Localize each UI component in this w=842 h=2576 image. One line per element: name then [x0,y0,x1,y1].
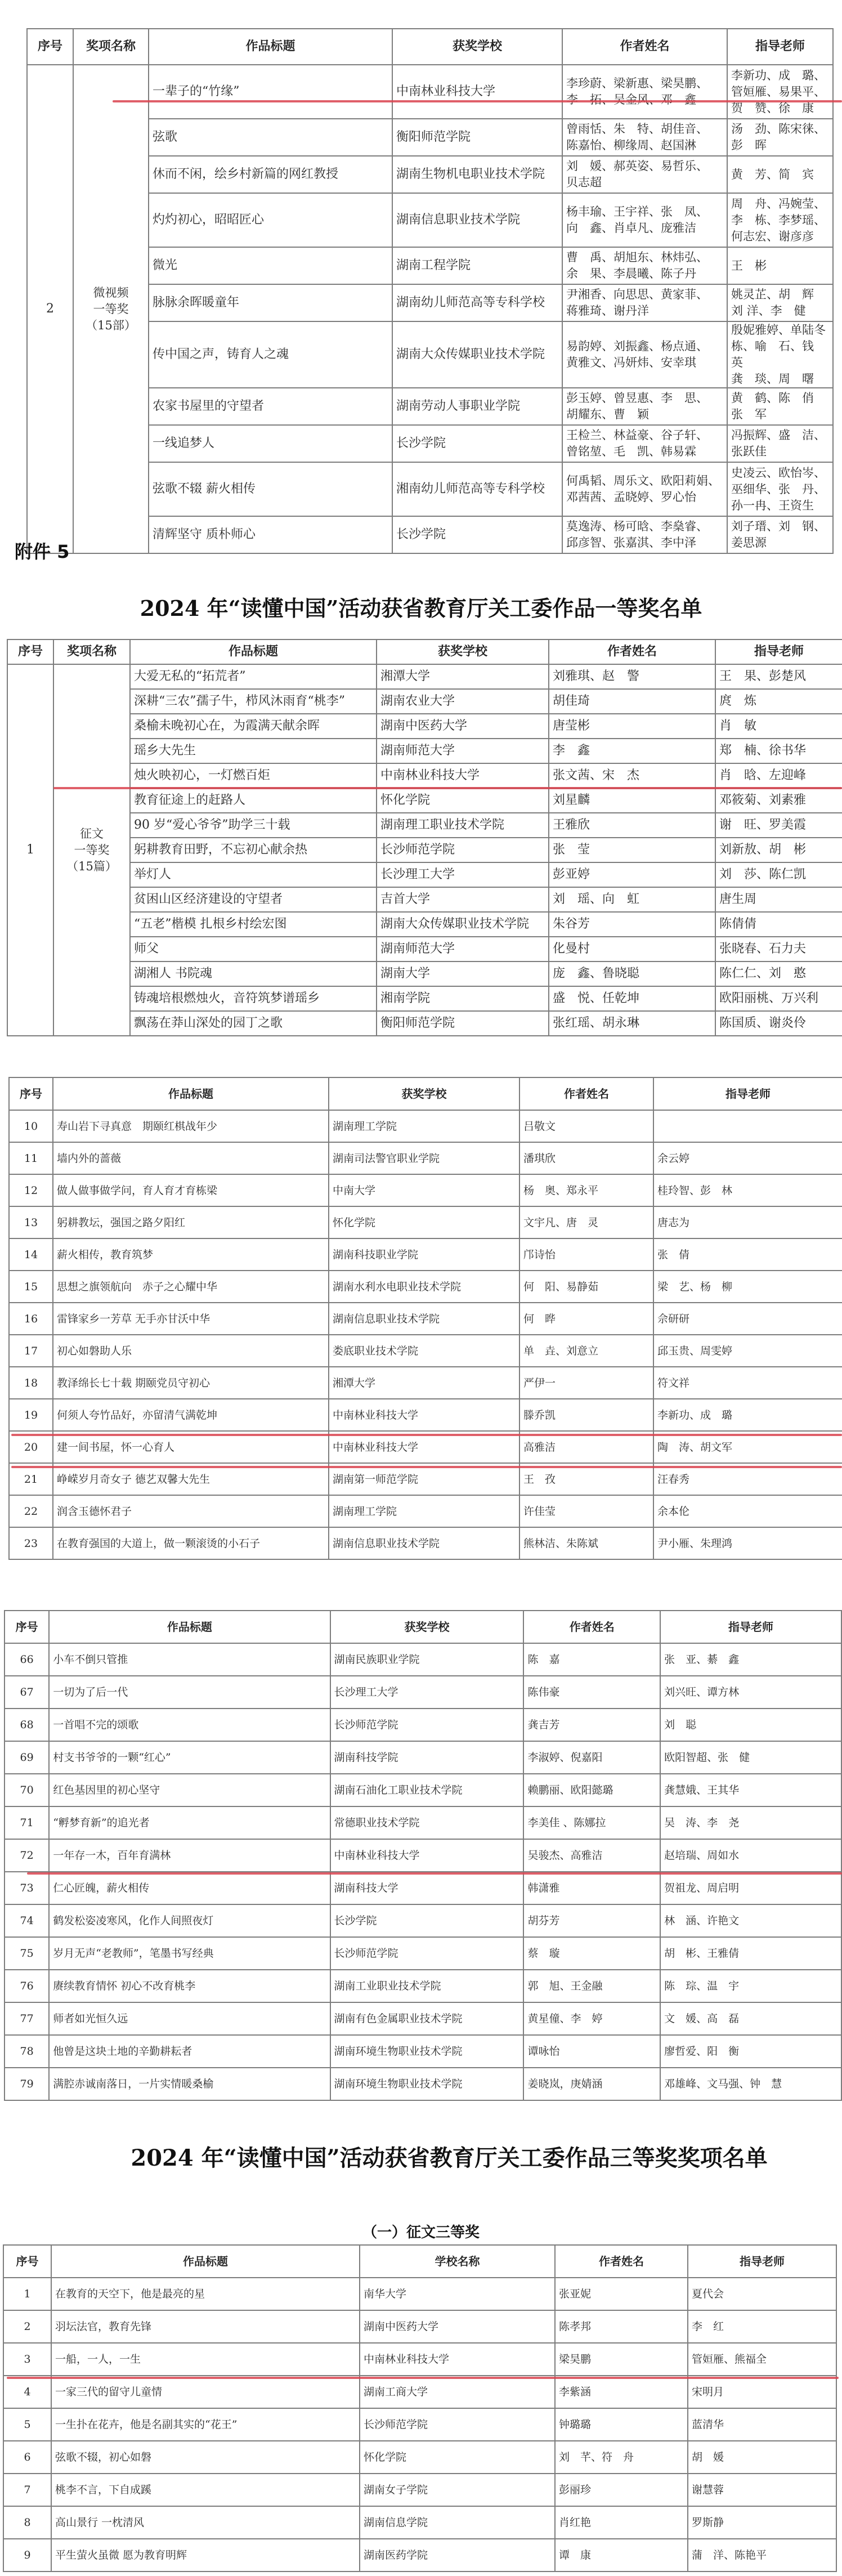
school-cell: 湖南工业职业技术学院 [330,1970,524,2002]
title-cell: 灼灼初心，昭昭匠心 [149,193,392,247]
video-award-table-section: 序号 奖项名称 作品标题 获奖学校 作者姓名 指导老师 2微视频 一等奖 （15… [26,28,832,554]
title-cell: 思想之旗领航向 赤子之心耀中华 [53,1271,329,1303]
award-name-cell: 征文 一等奖 （15篇） [53,664,130,1036]
highlight-underline [7,2377,839,2379]
school-cell: 中南林业科技大学 [329,1399,519,1431]
school-cell: 湖南理工学院 [329,1495,519,1527]
school-cell: 中南林业科技大学 [377,763,549,788]
advisors-cell: 肖 敏 [715,714,842,739]
authors-cell: 唐莹彬 [549,714,715,739]
table-row: 1征文 一等奖 （15篇）大爱无私的“拓荒者”湘潭大学刘雅琪、赵 警王 果、彭楚… [7,664,842,689]
header-title: 作品标题 [53,1077,329,1110]
table-row: 1在教育的天空下，他是最亮的星南华大学张亚妮夏代会 [3,2278,836,2310]
seq-cell: 19 [9,1399,53,1431]
title-cell: 休而不闲，绘乡村新篇的网红教授 [149,156,392,193]
advisors-cell: 宋明月 [688,2376,836,2408]
school-cell: 中南大学 [329,1174,519,1206]
title-cell: 举灯人 [130,862,377,887]
title-cell: 清辉坚守 质朴师心 [149,516,392,553]
authors-cell: 吴骏杰、高雅洁 [523,1839,660,1872]
seq-cell: 22 [9,1495,53,1527]
table-row: 12做人做事做学问，育人育才育栋梁中南大学杨 奥、郑永平桂玲智、彭 林 [9,1174,842,1206]
title-cell: 躬耕教育田野，不忘初心献余热 [130,838,377,862]
advisors-cell: 黄 鹤、陈 俏 张 军 [727,388,833,425]
authors-cell: 张 莹 [549,838,715,862]
school-cell: 湖南医药学院 [360,2539,555,2571]
school-cell: 湖南环境生物职业技术学院 [330,2035,524,2068]
advisors-cell: 黄 芳、简 宾 [727,156,833,193]
school-cell: 湖南石油化工职业技术学院 [330,1774,524,1806]
authors-cell: 杨 奥、郑永平 [519,1174,653,1206]
advisors-cell: 文 媛、高 磊 [660,2002,841,2035]
header-title: 作品标题 [130,639,377,664]
advisors-cell: 贺祖龙、周启明 [660,1872,841,1904]
advisors-cell: 邓雄峰、文马强、钟 慧 [660,2068,841,2100]
highlight-underline [53,787,842,789]
school-cell: 长沙师范学院 [377,838,549,862]
authors-cell: 胡芬芳 [523,1904,660,1937]
school-cell: 湖南劳动人事职业学院 [392,388,562,425]
advisors-cell: 郑 楠、徐书华 [715,739,842,763]
school-cell: 湖南工商大学 [360,2376,555,2408]
table-row: 7桃李不言，下自成蹊湖南女子学院彭丽珍谢慧蓉 [3,2474,836,2506]
continued-table-66-79: 序号 作品标题 获奖学校 作者姓名 指导老师 66小车不倒只管推湖南民族职业学院… [4,1610,842,2101]
title-cell: 师者如光恒久远 [49,2002,330,2035]
seq-cell: 76 [5,1970,49,2002]
third-prize-table: 序号 作品标题 学校名称 作者姓名 指导老师 1在教育的天空下，他是最亮的星南华… [3,2244,837,2572]
school-cell: 长沙理工大学 [377,862,549,887]
seq-cell: 6 [3,2441,51,2474]
title-cell: 做人做事做学问，育人育才育栋梁 [53,1174,329,1206]
authors-cell: 朱谷芳 [549,912,715,937]
seq-cell: 1 [7,664,53,1036]
authors-cell: 莫逸涛、杨可晗、李燊睿、 邱彦智、张嘉淇、李中泽 [562,516,727,553]
header-seq: 序号 [9,1077,53,1110]
table-row: 69村支书爷爷的一颗“红心”湖南科技学院李淑婷、倪嘉阳欧阳智超、张 健 [5,1741,841,1774]
continued-table: 序号 作品标题 获奖学校 作者姓名 指导老师 10寿山岩下寻真意 期颐红棋战年少… [8,1077,842,1560]
header-seq: 序号 [3,2245,51,2278]
advisors-cell: 赵培瑞、周如水 [660,1839,841,1872]
advisors-cell: 蒲 洋、陈艳平 [688,2539,836,2571]
seq-cell: 66 [5,1643,49,1676]
school-cell: 湖南大学 [377,961,549,986]
authors-cell: 陈孝邦 [555,2310,688,2343]
advisors-cell: 佘研研 [653,1303,842,1335]
school-cell: 中南林业科技大学 [392,65,562,119]
table-row: 13躬耕教坛，强国之路夕阳红怀化学院文宇凡、唐 灵唐志为 [9,1206,842,1238]
table-row: 67一切为了后一代长沙理工大学陈伟豪刘兴旺、谭方林 [5,1676,841,1709]
authors-cell: 刘星麟 [549,788,715,813]
title-cell: 润含玉德怀君子 [53,1495,329,1527]
authors-cell: 陈伟豪 [523,1676,660,1709]
advisors-cell: 汤 劲、陈宋徕、 彭 晖 [727,119,833,156]
seq-cell: 12 [9,1174,53,1206]
authors-cell: 许佳莹 [519,1495,653,1527]
school-cell: 湖南民族职业学院 [330,1643,524,1676]
advisors-cell: 余本伦 [653,1495,842,1527]
authors-cell: 单 垚、刘意立 [519,1335,653,1367]
continued-table-10-23: 序号 作品标题 获奖学校 作者姓名 指导老师 10寿山岩下寻真意 期颐红棋战年少… [8,1077,842,1560]
title-cell: 墙内外的蔷薇 [53,1142,329,1174]
table-row: 9平生萤火虽微 愿为教育明辉湖南医药学院谭 康蒲 洋、陈艳平 [3,2539,836,2571]
advisors-cell: 胡 媛 [688,2441,836,2474]
school-cell: 湖南农业大学 [377,689,549,714]
authors-cell: 杨丰瑜、王宇祥、张 凤、 向 鑫、肖卓凡、庞雅洁 [562,193,727,247]
seq-cell: 17 [9,1335,53,1367]
title-cell: 飘荡在莽山深处的园丁之歌 [130,1011,377,1036]
title-cell: 一生扑在花卉，他是名副其实的“花王” [51,2408,360,2441]
table-row: 17初心如磐助人乐娄底职业技术学院单 垚、刘意立邱玉贵、周雯婷 [9,1335,842,1367]
seq-cell: 74 [5,1904,49,1937]
title-cell: 农家书屋里的守望者 [149,388,392,425]
table-row: 75岁月无声“老教师”，笔墨书写经典长沙师范学院蔡 璇胡 彬、王雅倩 [5,1937,841,1970]
title-cell: 一线追梦人 [149,425,392,462]
seq-cell: 7 [3,2474,51,2506]
authors-cell: 钟璐璐 [555,2408,688,2441]
school-cell: 长沙师范学院 [330,1937,524,1970]
seq-cell: 79 [5,2068,49,2100]
title-cell: 羽坛法官，教育先锋 [51,2310,360,2343]
title-cell: 仁心匠魄，薪火相传 [49,1872,330,1904]
header-school: 获奖学校 [392,29,562,65]
advisors-cell: 刘兴旺、谭方林 [660,1676,841,1709]
advisors-cell: 姚灵芷、胡 辉 刘 洋、李 健 [727,284,833,321]
table-row: 79满腔赤诚南落日，一片实情暖桑榆湖南环境生物职业技术学院姜晓岚，庚婧涵邓雄峰、… [5,2068,841,2100]
seq-cell: 23 [9,1527,53,1559]
advisors-cell: 庹 炼 [715,689,842,714]
seq-cell: 15 [9,1271,53,1303]
title-cell: 铸魂培根燃烛火，音符筑梦谱瑶乡 [130,986,377,1011]
seq-cell: 14 [9,1238,53,1271]
first-prize-table-section: 序号 奖项名称 作品标题 获奖学校 作者姓名 指导老师 1征文 一等奖 （15篇… [7,639,842,1036]
table-header-row: 序号 奖项名称 作品标题 获奖学校 作者姓名 指导老师 [7,639,842,664]
seq-cell: 75 [5,1937,49,1970]
school-cell: 湖南生物机电职业技术学院 [392,156,562,193]
advisors-cell: 史凌云、欧怡岑、 巫细华、张 丹、 孙一冉、王资生 [727,462,833,516]
school-cell: 湖南有色金属职业技术学院 [330,2002,524,2035]
title-cell: 90 岁“爱心爷爷”助学三十载 [130,813,377,838]
school-cell: 湖南科技大学 [330,1872,524,1904]
title-cell: 躬耕教坛，强国之路夕阳红 [53,1206,329,1238]
table-row: 躬耕教育田野，不忘初心献余热长沙师范学院张 莹刘新敖、胡 彬 [7,838,842,862]
advisors-cell: 李 红 [688,2310,836,2343]
authors-cell: 滕乔凯 [519,1399,653,1431]
table-row: 3一船，一人，一生中南林业科技大学梁昊鹏管姮雁、熊福全 [3,2343,836,2376]
authors-cell: 蔡 璇 [523,1937,660,1970]
title-cell: 高山景行 一枕清风 [51,2506,360,2539]
table-row: 贫困山区经济建设的守望者吉首大学刘 瑶、向 虹唐生周 [7,887,842,912]
authors-cell: 刘 芊、符 舟 [555,2441,688,2474]
advisors-cell: 罗斯静 [688,2506,836,2539]
authors-cell: 郭 旭、王金融 [523,1970,660,2002]
title-cell: 微光 [149,247,392,284]
seq-cell: 3 [3,2343,51,2376]
advisors-cell: 欧阳丽桃、万兴利 [715,986,842,1011]
header-award: 奖项名称 [53,639,130,664]
title-cell: 大爱无私的“拓荒者” [130,664,377,689]
title-cell: 村支书爷爷的一颗“红心” [49,1741,330,1774]
header-school: 获奖学校 [330,1611,524,1643]
seq-cell: 2 [27,65,73,553]
title-cell: 一首唱不完的颂歌 [49,1709,330,1741]
advisors-cell: 张 亚、綦 鑫 [660,1643,841,1676]
authors-cell: 张文茜、宋 杰 [549,763,715,788]
advisors-cell: 王 果、彭楚风 [715,664,842,689]
table-row: 教育征途上的赶路人怀化学院刘星麟邓筱菊、刘素雅 [7,788,842,813]
header-advisors: 指导老师 [660,1611,841,1643]
advisors-cell: 胡 彬、王雅倩 [660,1937,841,1970]
school-cell: 湘南幼儿师范高等专科学校 [392,462,562,516]
school-cell: 湖南中医药大学 [360,2310,555,2343]
seq-cell: 13 [9,1206,53,1238]
authors-cell: 韩潇雅 [523,1872,660,1904]
header-advisors: 指导老师 [688,2245,836,2278]
advisors-cell: 殷妮雅婷、单陆冬 栋、喻 石、钱 英 龚 琰、周 曙 [727,321,833,388]
title-cell: 寿山岩下寻真意 期颐红棋战年少 [53,1110,329,1142]
authors-cell: 庞 鑫、鲁晓聪 [549,961,715,986]
video-award-table: 序号 奖项名称 作品标题 获奖学校 作者姓名 指导老师 2微视频 一等奖 （15… [26,28,834,554]
table-row: 8高山景行 一枕清风湖南信息学院肖红艳罗斯静 [3,2506,836,2539]
seq-cell: 8 [3,2506,51,2539]
school-cell: 湖南理工学院 [329,1110,519,1142]
header-title: 作品标题 [149,29,392,65]
authors-cell: 曾雨恬、朱 特、胡佳音、 陈嘉怡、柳缘周、赵国淋 [562,119,727,156]
authors-cell: 严伊一 [519,1367,653,1399]
advisors-cell: 陈 琮、温 宇 [660,1970,841,2002]
table-row: 深耕“三农”孺子牛，栉风沐雨育“桃李”湖南农业大学胡佳琦庹 炼 [7,689,842,714]
seq-cell: 9 [3,2539,51,2571]
table-row: 烛火映初心，一灯燃百炬中南林业科技大学张文茜、宋 杰肖 晗、左迎峰 [7,763,842,788]
advisors-cell: 刘子瑨、刘 钢、 姜思源 [727,516,833,553]
advisors-cell: 肖 晗、左迎峰 [715,763,842,788]
annex-label: 附件 5 [15,538,69,563]
title-cell: 满腔赤诚南落日，一片实情暖桑榆 [49,2068,330,2100]
highlight-underline [11,1466,842,1468]
advisors-cell: 张晓春、石力夫 [715,937,842,961]
school-cell: 湖南环境生物职业技术学院 [330,2068,524,2100]
seq-cell: 16 [9,1303,53,1335]
school-cell: 常德职业技术学院 [330,1806,524,1839]
authors-cell: 龚吉芳 [523,1709,660,1741]
advisors-cell: 龚慧娥、王其华 [660,1774,841,1806]
school-cell: 湖南工程学院 [392,247,562,284]
third-prize-heading: 2024 年“读懂中国”活动获省教育厅关工委作品三等奖奖项名单 [0,2140,842,2172]
school-cell: 南华大学 [360,2278,555,2310]
seq-cell: 5 [3,2408,51,2441]
authors-cell: 尹湘香、向思思、黄家菲、 蒋雅琦、谢丹洋 [562,284,727,321]
third-prize-table-section: 序号 作品标题 学校名称 作者姓名 指导老师 1在教育的天空下，他是最亮的星南华… [3,2244,836,2572]
header-school: 学校名称 [360,2245,555,2278]
table-row: 飘荡在莽山深处的园丁之歌衡阳师范学院张红瑶、胡永琳陈国质、谢炎伶 [7,1011,842,1036]
authors-cell: 梁昊鹏 [555,2343,688,2376]
school-cell: 中南林业科技大学 [360,2343,555,2376]
header-advisors: 指导老师 [715,639,842,664]
school-cell: 怀化学院 [377,788,549,813]
school-cell: 湖南水利水电职业技术学院 [329,1271,519,1303]
header-title: 作品标题 [49,1611,330,1643]
school-cell: 长沙学院 [330,1904,524,1937]
school-cell: 长沙师范学院 [360,2408,555,2441]
table-row: 铸魂培根燃烛火，音符筑梦谱瑶乡湘南学院盛 悦、任乾坤欧阳丽桃、万兴利 [7,986,842,1011]
title-cell: 湖湘人 书院魂 [130,961,377,986]
advisors-cell: 吴 涛、李 尧 [660,1806,841,1839]
authors-cell: 肖红艳 [555,2506,688,2539]
table-header-row: 序号 作品标题 获奖学校 作者姓名 指导老师 [5,1611,841,1643]
seq-cell: 2 [3,2310,51,2343]
authors-cell: 吕敬文 [519,1110,653,1142]
advisors-cell: 欧阳智超、张 健 [660,1741,841,1774]
table-row: 举灯人长沙理工大学彭亚婷刘 莎、陈仁凯 [7,862,842,887]
table-row: 湖湘人 书院魂湖南大学庞 鑫、鲁晓聪陈仁仁、刘 憨 [7,961,842,986]
table-row: 66小车不倒只管推湖南民族职业学院陈 嘉张 亚、綦 鑫 [5,1643,841,1676]
advisors-cell [653,1110,842,1142]
school-cell: 怀化学院 [329,1206,519,1238]
advisors-cell: 尹小雁、朱理鸿 [653,1527,842,1559]
header-seq: 序号 [27,29,73,65]
school-cell: 湖南师范大学 [377,937,549,961]
table-row: 76赓续教育情怀 初心不改育桃李湖南工业职业技术学院郭 旭、王金融陈 琮、温 宇 [5,1970,841,2002]
authors-cell: 黄星僮、李 婷 [523,2002,660,2035]
authors-cell: 曹 禹、胡旭东、林炜弘、 余 果、李晨曦、陈子丹 [562,247,727,284]
header-school: 获奖学校 [377,639,549,664]
seq-cell: 71 [5,1806,49,1839]
table-header-row: 序号 作品标题 学校名称 作者姓名 指导老师 [3,2245,836,2278]
title-cell: 师父 [130,937,377,961]
table-row: 77师者如光恒久远湖南有色金属职业技术学院黄星僮、李 婷文 媛、高 磊 [5,2002,841,2035]
authors-cell: 熊林洁、朱陈斌 [519,1527,653,1559]
school-cell: 长沙师范学院 [330,1709,524,1741]
advisors-cell: 谢慧蓉 [688,2474,836,2506]
authors-cell: 张红瑶、胡永琳 [549,1011,715,1036]
school-cell: 湖南信息职业技术学院 [392,193,562,247]
authors-cell: 潘琪欣 [519,1142,653,1174]
authors-cell: 何 晔 [519,1303,653,1335]
authors-cell: 彭亚婷 [549,862,715,887]
seq-cell: 10 [9,1110,53,1142]
advisors-cell: 陈国质、谢炎伶 [715,1011,842,1036]
authors-cell: 化曼村 [549,937,715,961]
header-school: 获奖学校 [329,1077,519,1110]
school-cell: 湖南信息职业技术学院 [329,1527,519,1559]
school-cell: 长沙理工大学 [330,1676,524,1709]
authors-cell: 李紫涵 [555,2376,688,2408]
advisors-cell: 刘新敖、胡 彬 [715,838,842,862]
school-cell: 湖南信息职业技术学院 [329,1303,519,1335]
authors-cell: 刘 瑶、向 虹 [549,887,715,912]
highlight-underline [27,1872,842,1875]
advisors-cell: 夏代会 [688,2278,836,2310]
header-authors: 作者姓名 [523,1611,660,1643]
table-row: 70红色基因里的初心坚守湖南石油化工职业技术学院赖鹏丽、欧阳懿璐龚慧娥、王其华 [5,1774,841,1806]
authors-cell: 陈 嘉 [523,1643,660,1676]
table-row: 2微视频 一等奖 （15部）一辈子的“竹缘”中南林业科技大学李珍蔚、梁新惠、梁昊… [27,65,833,119]
table-row: 73仁心匠魄，薪火相传湖南科技大学韩潇雅贺祖龙、周启明 [5,1872,841,1904]
table-row: 师父湖南师范大学化曼村张晓春、石力夫 [7,937,842,961]
title-cell: 传中国之声，铸育人之魂 [149,321,392,388]
advisors-cell: 梁 艺、杨 柳 [653,1271,842,1303]
title-cell: 烛火映初心，一灯燃百炬 [130,763,377,788]
table-header-row: 序号 作品标题 获奖学校 作者姓名 指导老师 [9,1077,842,1110]
header-seq: 序号 [5,1611,49,1643]
header-title: 作品标题 [51,2245,360,2278]
table-row: 72一年存一木，百年育满林中南林业科技大学吴骏杰、高雅洁赵培瑞、周如水 [5,1839,841,1872]
seq-cell: 69 [5,1741,49,1774]
seq-cell: 72 [5,1839,49,1872]
advisors-cell: 管姮雁、熊福全 [688,2343,836,2376]
table-row: 78他曾是这块土地的辛勤耕耘者湖南环境生物职业技术学院谭咏怡廖哲爱、阳 衡 [5,2035,841,2068]
award-name-cell: 微视频 一等奖 （15部） [73,65,149,553]
authors-cell: 王雅欣 [549,813,715,838]
highlight-underline [113,100,842,102]
school-cell: 吉首大学 [377,887,549,912]
table-header-row: 序号 奖项名称 作品标题 获奖学校 作者姓名 指导老师 [27,29,833,65]
seq-cell: 67 [5,1676,49,1709]
title-cell: 教泽绵长七十载 期颐党员守初心 [53,1367,329,1399]
school-cell: 湖南大众传媒职业技术学院 [392,321,562,388]
title-cell: 他曾是这块土地的辛勤耕耘者 [49,2035,330,2068]
advisors-cell: 李新功、成 璐 [653,1399,842,1431]
seq-cell: 70 [5,1774,49,1806]
title-cell: 弦歌不辍，初心如磐 [51,2441,360,2474]
header-seq: 序号 [7,639,53,664]
advisors-cell: 廖哲爱、阳 衡 [660,2035,841,2068]
advisors-cell: 王 彬 [727,247,833,284]
table-row: 瑶乡大先生湖南师范大学李 鑫郑 楠、徐书华 [7,739,842,763]
advisors-cell: 刘 聪 [660,1709,841,1741]
authors-cell: 张亚妮 [555,2278,688,2310]
first-prize-heading: 2024 年“读懂中国”活动获省教育厅关工委作品一等奖名单 [0,591,842,622]
advisors-cell: 周 舟、冯婉莹、 李 栋、李梦瑶、 何志宏、谢彦彦 [727,193,833,247]
title-cell: 一辈子的“竹缘” [149,65,392,119]
advisors-cell: 符文祥 [653,1367,842,1399]
seq-cell: 18 [9,1367,53,1399]
school-cell: 湖南大众传媒职业技术学院 [377,912,549,937]
advisors-cell: 刘 莎、陈仁凯 [715,862,842,887]
advisors-cell: 张 倩 [653,1238,842,1271]
table-row: 15思想之旗领航向 赤子之心耀中华湖南水利水电职业技术学院何 阳、易静茹梁 艺、… [9,1271,842,1303]
title-cell: 教育征途上的赶路人 [130,788,377,813]
table-row: 11墙内外的蔷薇湖南司法警官职业学院潘琪欣余云婷 [9,1142,842,1174]
school-cell: 衡阳师范学院 [377,1011,549,1036]
title-cell: 岁月无声“老教师”，笔墨书写经典 [49,1937,330,1970]
header-authors: 作者姓名 [555,2245,688,2278]
title-cell: 雷锋家乡一芳草 无手亦甘沃中华 [53,1303,329,1335]
title-cell: 在教育强国的大道上，做一颗滚烫的小石子 [53,1527,329,1559]
table-row: 90 岁“爱心爷爷”助学三十载湖南理工职业技术学院王雅欣谢 旺、罗美霞 [7,813,842,838]
highlight-underline [11,1434,842,1436]
title-cell: 桃李不言，下自成蹊 [51,2474,360,2506]
advisors-cell: 桂玲智、彭 林 [653,1174,842,1206]
title-cell: 脉脉余晖暖童年 [149,284,392,321]
school-cell: 湖南科技学院 [330,1741,524,1774]
authors-cell: 李珍蔚、梁新惠、梁昊鹏、 李 拓、吴金风、邓 鑫 [562,65,727,119]
advisors-cell: 陈倩倩 [715,912,842,937]
header-advisors: 指导老师 [727,29,833,65]
seq-cell: 4 [3,2376,51,2408]
authors-cell: 李 鑫 [549,739,715,763]
authors-cell: 李美佳 、陈娜拉 [523,1806,660,1839]
table-row: 16雷锋家乡一芳草 无手亦甘沃中华湖南信息职业技术学院何 晔佘研研 [9,1303,842,1335]
table-row: 19何须人夸竹品好，亦留清气满乾坤中南林业科技大学滕乔凯李新功、成 璐 [9,1399,842,1431]
advisors-cell: 唐生周 [715,887,842,912]
table-row: 23在教育强国的大道上，做一颗滚烫的小石子湖南信息职业技术学院熊林洁、朱陈斌尹小… [9,1527,842,1559]
authors-cell: 易韵婷、刘振鑫、杨点通、 黄雅文、冯妍炜、安幸琪 [562,321,727,388]
table-row: 4一家三代的留守儿童情湖南工商大学李紫涵宋明月 [3,2376,836,2408]
seq-cell: 1 [3,2278,51,2310]
title-cell: 初心如磐助人乐 [53,1335,329,1367]
authors-cell: 赖鹏丽、欧阳懿璐 [523,1774,660,1806]
school-cell: 湘南学院 [377,986,549,1011]
